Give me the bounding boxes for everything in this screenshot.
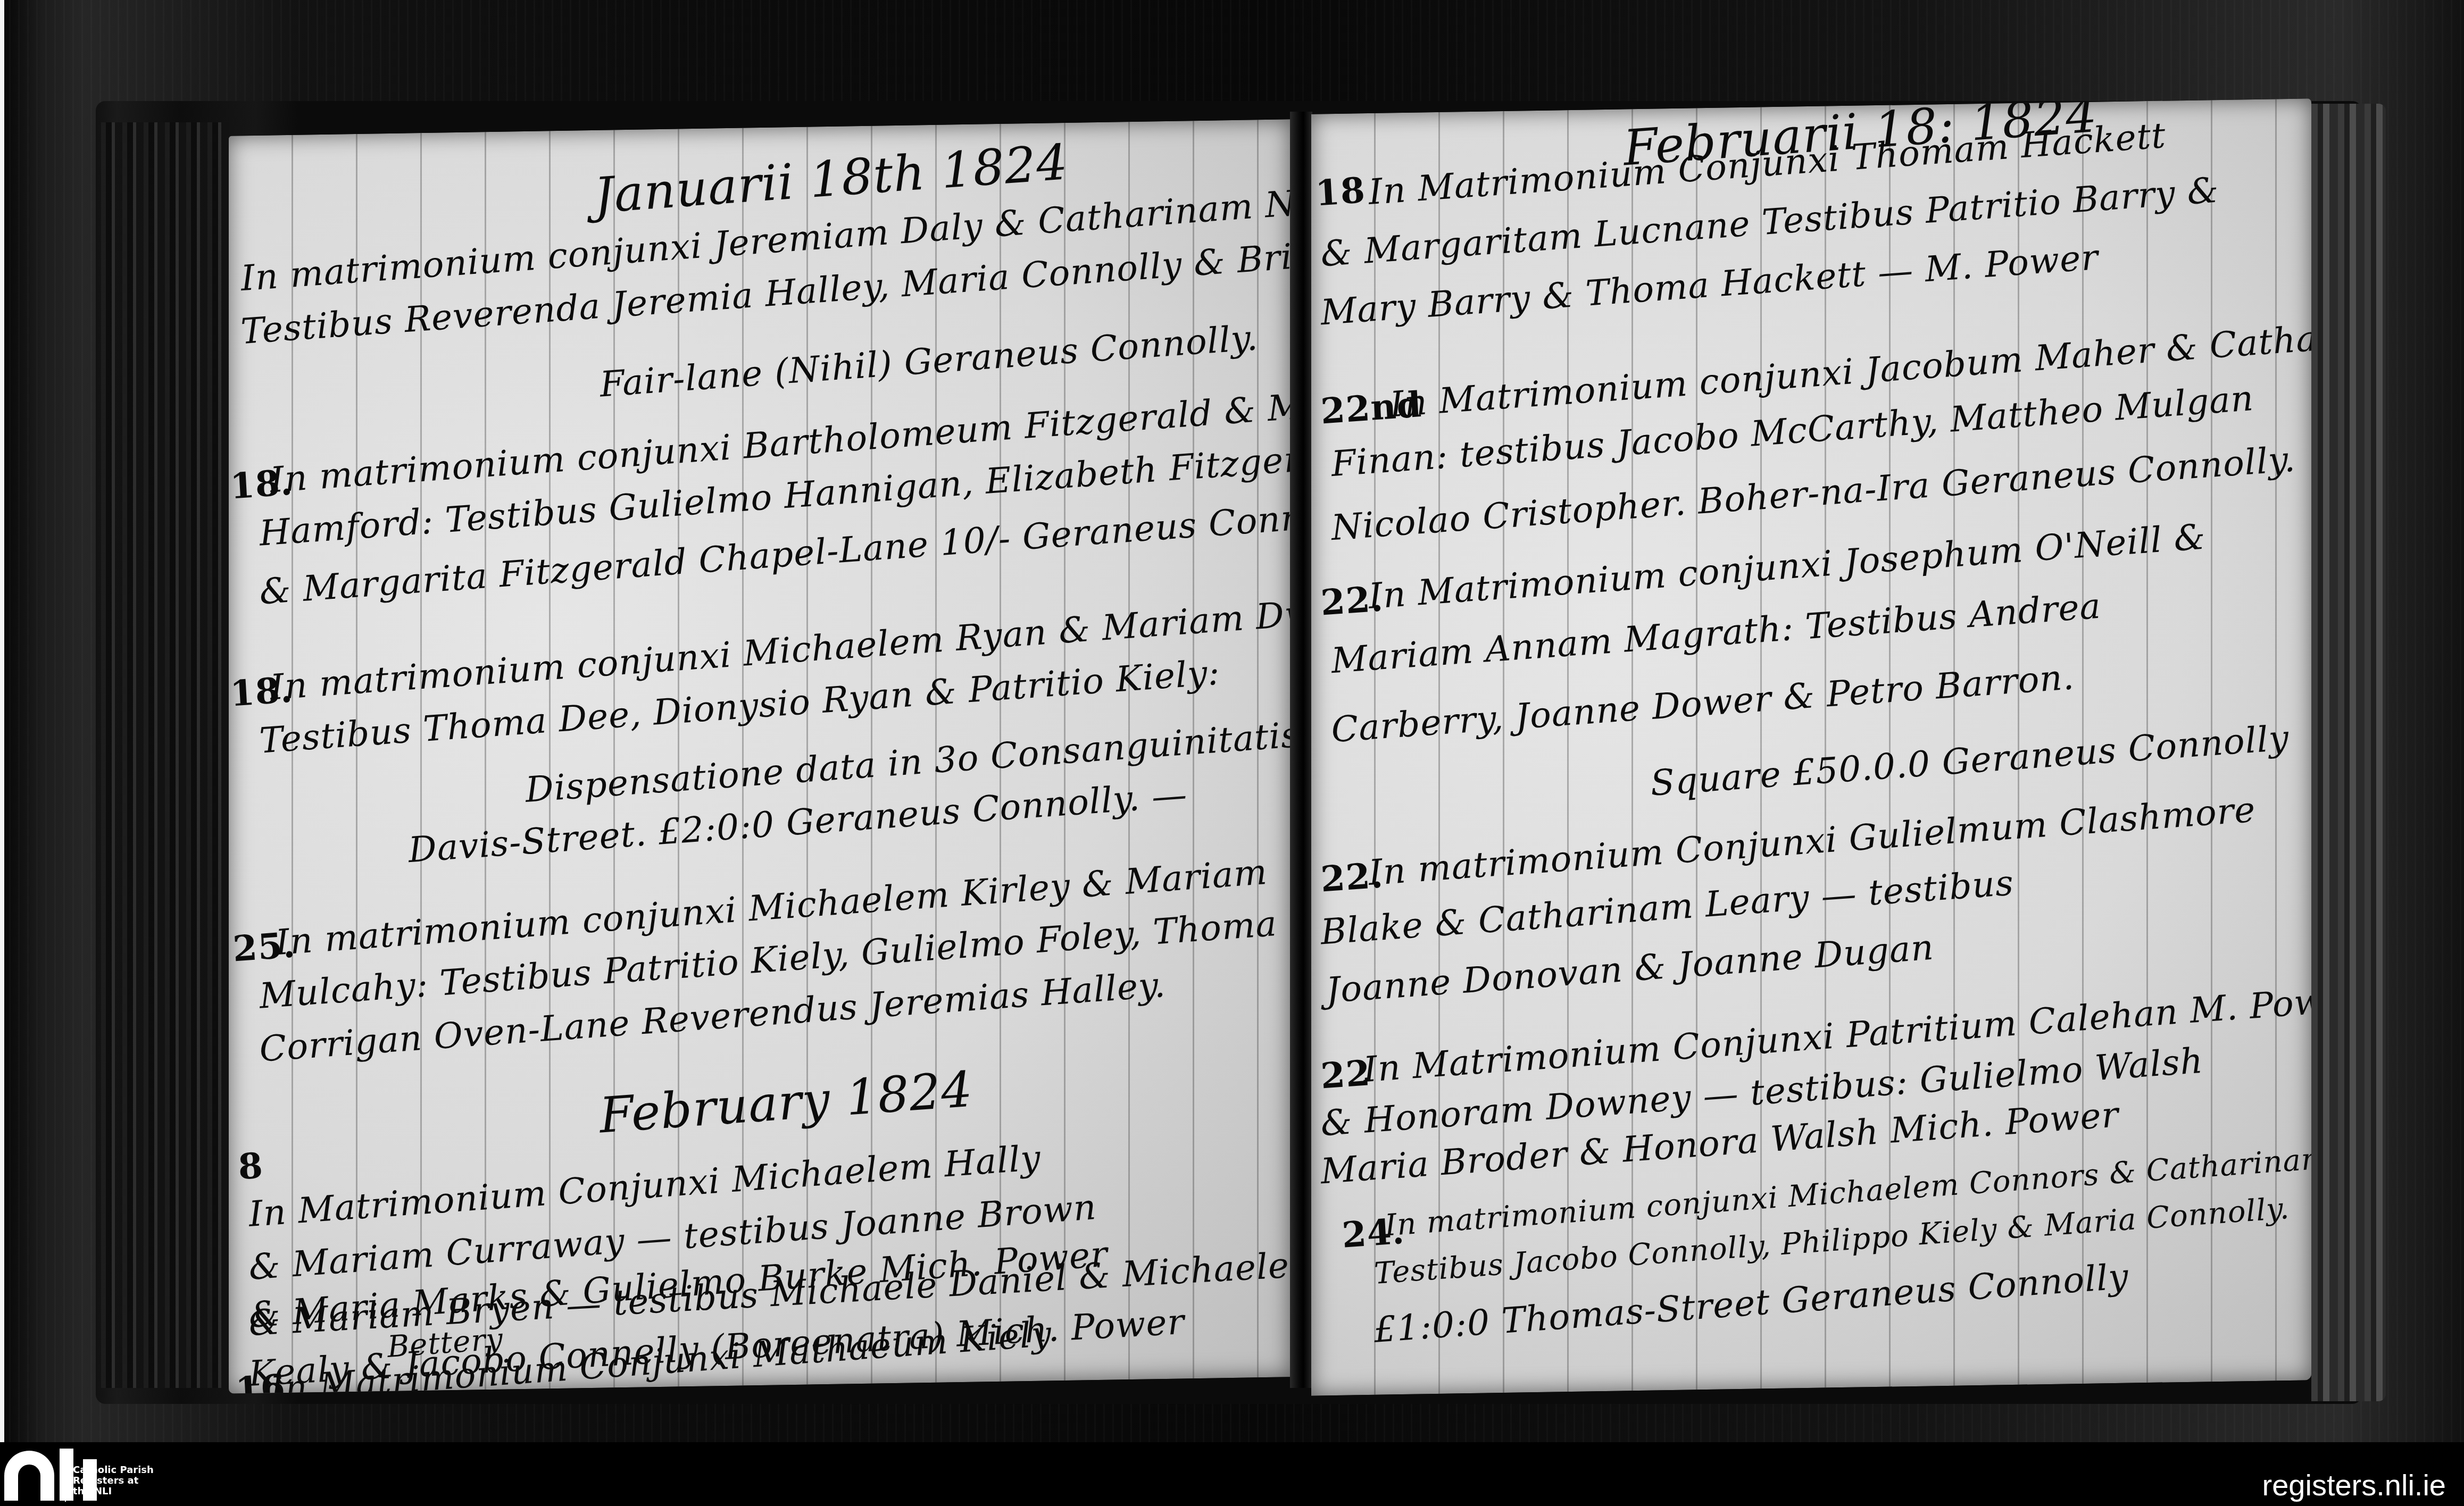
logo-divider xyxy=(65,1449,66,1502)
site-url: registers.nli.ie xyxy=(2262,1468,2446,1502)
entry-day: 18 xyxy=(1314,169,1367,214)
left-page: Januarii 18th 1824 In matrimonium conjun… xyxy=(229,119,1290,1393)
book-page-edges-left xyxy=(101,122,229,1388)
caption-line: Catholic Parish xyxy=(73,1465,154,1476)
footer-bar xyxy=(0,1442,2464,1506)
book-page-edges-right xyxy=(2311,104,2386,1401)
caption-line: Registers at xyxy=(73,1476,154,1486)
book-gutter xyxy=(1290,112,1312,1388)
nli-logo-l-glyph xyxy=(60,1449,73,1501)
caption-line: the NLI xyxy=(73,1486,154,1497)
nli-caption: Catholic Parish Registers at the NLI xyxy=(73,1465,154,1497)
nli-logo-n-glyph xyxy=(4,1451,54,1501)
entry-day: 8 xyxy=(237,1144,264,1187)
entry-line: Square £50.0.0 Geraneus Connolly xyxy=(1650,717,2290,804)
entry-line: Fair-lane (Nihil) Geraneus Connolly. xyxy=(599,317,1259,405)
scan-edge xyxy=(0,0,4,1446)
left-page-subheading: February 1824 xyxy=(598,1061,974,1144)
right-page: Februarii 18: 1824 18 In Matrimonium Con… xyxy=(1311,98,2311,1396)
